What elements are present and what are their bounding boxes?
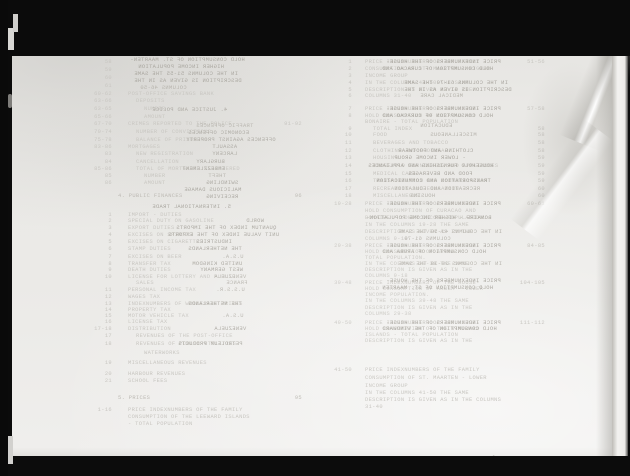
bleedthrough-line: RECEIVING (206, 194, 238, 200)
page-number: 58 (503, 132, 545, 138)
column-number: 75-78 (70, 137, 112, 143)
column-number: 3 (316, 73, 352, 79)
bleedthrough-line: HOLD CONSUMPTION OF THE WINDWARD (382, 326, 497, 332)
entry-text: IN THE COLUMNS 39-48 THE SAME (365, 298, 469, 304)
entry-text: DISTRIBUTION (128, 326, 171, 332)
column-number: 59 (70, 67, 112, 73)
bleedthrough-line: PRICE INDEXNUMBERS OF THE HOUSE- (386, 201, 501, 207)
bleedthrough-line: EDUCATION (420, 123, 452, 129)
entry-text: MORTGAGES (128, 144, 160, 150)
entry-text: SALES (136, 280, 154, 286)
page-number: 51-56 (503, 59, 545, 65)
page-number: 95 (272, 395, 302, 401)
bleedthrough-line: LARCENY (212, 151, 237, 157)
column-number: 41-50 (316, 367, 352, 373)
bleedthrough-line: MEDICAL CARE (420, 93, 463, 99)
entry-text: COLUMNS 31-40 (365, 93, 412, 99)
column-number: 14 (316, 163, 352, 169)
column-number: 1 (316, 59, 352, 65)
bleedthrough-line: - LOWER INCOME GROUP (394, 155, 466, 161)
bleedthrough-line: WORLD (246, 218, 264, 224)
bleedthrough-line: UNIT VALUE INDEX OF THE EXPORTS (168, 232, 279, 238)
entry-text: NEW REGISTRATION (136, 151, 193, 157)
bleedthrough-line: THE NETHERLANDS (188, 246, 242, 252)
column-number: 1-16 (70, 407, 112, 413)
column-number: 13 (316, 155, 352, 161)
entry-text: NUMBER (144, 173, 166, 179)
page-number: 59 (503, 171, 545, 177)
entry-text: MISCELLANEOUS REVENUES (128, 360, 207, 366)
column-number: 10 (70, 274, 112, 280)
column-number: 5 (70, 239, 112, 245)
column-number: 6 (70, 246, 112, 252)
column-number: 70-74 (70, 129, 112, 135)
entry-text: EXCISES ON BEER (128, 254, 182, 260)
column-number: 2 (316, 66, 352, 72)
entry-text: AMOUNT (144, 114, 166, 120)
column-number: 49-50 (316, 320, 352, 326)
column-number: 17-18 (70, 326, 112, 332)
column-number: 9 (70, 267, 112, 273)
column-number: 6 (316, 93, 352, 99)
column-number: 67-70 (70, 121, 112, 127)
bleedthrough-line: QUANTUM INDEX OF THE IMPORTS (176, 225, 276, 231)
bleedthrough-line: PRICE INDEXNUMBERS OF THE HOUSE- (386, 278, 501, 284)
underlying-page-edge (612, 24, 628, 468)
entry-text: 31-40 (365, 404, 383, 410)
bleedthrough-line: IN THE COLUMNS 61-70 THE SAME (404, 80, 508, 86)
entry-text: PERSONAL INCOME TAX (128, 287, 196, 293)
column-number: 63-65 (70, 106, 112, 112)
entry-text: DESCRIPTION IS GIVEN AS IN THE (365, 338, 473, 344)
bleedthrough-line: OFFENCES AGAINST PROPERTY (186, 137, 276, 143)
page-number: 59 (503, 178, 545, 184)
entry-text: CONSUMPTION OF ST. MAARTEN - LOWER (365, 375, 487, 381)
column-number: 11 (70, 287, 112, 293)
column-number: 3 (70, 225, 112, 231)
entry-text: HARBOUR REVENUES (128, 371, 185, 377)
column-number: 18 (70, 341, 112, 347)
column-number: 63-66 (70, 98, 112, 104)
scanner-black-top-edge (0, 0, 630, 56)
column-number: 7 (316, 106, 352, 112)
entry-text: REVENUES OF THE POST-OFFICE (136, 333, 233, 339)
column-number: 15 (316, 171, 352, 177)
entry-text: INCOME GROUP (365, 73, 408, 79)
scanned-document: 54-575859606160-62POST-OFFICE SAVINGS BA… (0, 0, 630, 476)
entry-text: COLUMNS 29-38 (365, 311, 412, 317)
page-number: 111-112 (503, 320, 545, 326)
entry-text: BEVERAGES AND TOBACCO (373, 140, 448, 146)
bleedthrough-line: 5. INTERNATIONAL TRADE (152, 204, 231, 210)
page-number: 58 (503, 148, 545, 154)
bleedthrough-line: HOUSEHOLD FURNISHING AND APPLIANCES (368, 163, 493, 169)
entry-text: CANCELLATION (136, 159, 179, 165)
bleedthrough-line: DESCRIPTION IS GIVEN AS IN THE (134, 78, 242, 84)
entry-text: IN THE COLUMNS 41-50 THE SAME (365, 390, 469, 396)
entry-text: POST-OFFICE SAVINGS BANK (128, 91, 214, 97)
bleedthrough-line: ECONOMIC OFFENCES (188, 130, 249, 136)
bleedthrough-line: TRANSPORTATION AND COMMUNICATION (376, 178, 491, 184)
entry-text: CONSUMPTION OF THE LEEWARD ISLANDS (128, 414, 250, 420)
bleedthrough-line: HOLD CONSUMPTION OF CURACAO AND (382, 113, 493, 119)
bleedthrough-line: THE NETHERLANDS (188, 301, 242, 307)
column-number: 19 (70, 360, 112, 366)
entry-text: EXPORT DUTIES (128, 225, 175, 231)
bleedthrough-line: MISCELLANEOUS (430, 132, 477, 138)
column-number: 10 (316, 132, 352, 138)
page-number: 84-85 (503, 243, 545, 249)
page-number: 60 (503, 193, 545, 199)
bleedthrough-line: IN THE COLUMNS 41-50 THE SAME (398, 229, 502, 235)
column-number: 39-48 (316, 280, 352, 286)
column-number: 18 (316, 193, 352, 199)
column-number: 29-38 (316, 243, 352, 249)
column-number: 58 (70, 59, 112, 65)
stacked-page-step (13, 14, 18, 32)
scanner-black-left-edge (0, 0, 8, 476)
scanner-black-bottom-edge (0, 456, 630, 476)
page-number: 59 (503, 155, 545, 161)
entry-text: WAGES TAX (128, 294, 160, 300)
page-number: 60-61 (503, 201, 545, 207)
bleedthrough-line: HOUSING (410, 193, 435, 199)
binding-notch (8, 94, 12, 108)
column-number: 85 (70, 173, 112, 179)
column-number: 86 (70, 180, 112, 186)
entry-text: INCOME GROUP (365, 383, 408, 389)
bleedthrough-line: HOLD CONSUMPTION OF ST. MAARTEN- (130, 57, 245, 63)
column-number: 11 (316, 140, 352, 146)
column-number: 21 (70, 378, 112, 384)
column-number: 60 (70, 75, 112, 81)
column-number: 8 (316, 113, 352, 119)
column-number: 7 (70, 254, 112, 260)
entry-text: COLUMNS 9-18 (365, 236, 408, 242)
column-number: 2 (70, 218, 112, 224)
bleedthrough-line: HOLD CONSUMPTION OF ARUBA AND (382, 249, 486, 255)
bleedthrough-line: U.S.S.R. (216, 287, 245, 293)
column-number: 65-66 (70, 114, 112, 120)
bleedthrough-line: HOLD CONSUMPTION OF ST. MAARTEN (382, 285, 493, 291)
bleedthrough-line: COLUMNS 46-50 (140, 85, 187, 91)
page-number: 57-58 (503, 106, 545, 112)
entry-text: LICENSE TAX (128, 319, 167, 325)
bleedthrough-line: 4. JUSTICE AND POLICE (152, 107, 227, 113)
column-number: 16 (70, 319, 112, 325)
column-number: 12 (316, 148, 352, 154)
bleedthrough-line: IN THE COLUMNS 29-38 THE SAME (398, 261, 502, 267)
entry-text: PRICE INDEXNUMBERS OF THE FAMILY (128, 407, 243, 413)
page-number: 91-92 (272, 121, 302, 127)
column-number: 83 (70, 151, 112, 157)
column-number: 4 (70, 232, 112, 238)
column-number: 83-86 (70, 144, 112, 150)
entry-text: SPECIAL DUTY ON GASOLINE (128, 218, 214, 224)
bleedthrough-line: WEST GERMANY (200, 267, 243, 273)
entry-text: EXCISES ON CIGARETTES (128, 239, 203, 245)
bleedthrough-line: PRICE INDEXNUMBERS OF THE HOUSE- (386, 106, 501, 112)
entry-text: DEATH DUTIES (128, 267, 171, 273)
bleedthrough-line: SWINDLING (206, 180, 238, 186)
column-number: 20 (70, 371, 112, 377)
entry-text: WATERWORKS (144, 350, 180, 356)
bleedthrough-line: HIGHER INCOME POPULATION (138, 64, 224, 70)
entry-text: STAMP DUTIES (128, 246, 171, 252)
bleedthrough-line: BONAIRE - HIGHER INCOME POPULATION- (366, 215, 491, 221)
bleedthrough-line: FOOD AND BEVERAGES (408, 171, 473, 177)
entry-text: AMOUNT (144, 180, 166, 186)
entry-text: - TOTAL POPULATION (128, 421, 193, 427)
bleedthrough-line: RECREATION AND EDUCATION (394, 186, 480, 192)
column-number: 17 (316, 186, 352, 192)
column-number: 60-62 (70, 91, 112, 97)
entry-text: FOOD (373, 132, 387, 138)
bleedthrough-line: ASSAULT (212, 144, 237, 150)
column-number: 4 (316, 80, 352, 86)
bleedthrough-line: EMBEZZLEMENT (182, 166, 225, 172)
column-number: 19-28 (316, 201, 352, 207)
page-number: 104-105 (503, 280, 545, 286)
entry-text: SCHOOL FEES (128, 378, 167, 384)
bleedthrough-line: THEFT (208, 173, 226, 179)
bleedthrough-line: HOLD CONSUMPTION OF CURACAO AND (382, 66, 493, 72)
page-number: 58 (503, 140, 545, 146)
column-number: 85-86 (70, 166, 112, 172)
column-number: 12 (70, 294, 112, 300)
entry-text: HOLD CONSUMPTION OF CURACAO AND (365, 208, 476, 214)
page-number: 60 (503, 186, 545, 192)
bleedthrough-line: TRAFFIC OFFENCES (196, 123, 253, 129)
bleedthrough-line: U.S.A. (222, 313, 244, 319)
bleedthrough-line: IN THE COLUMNS 51-55 THE SAME (134, 71, 238, 77)
entry-text: 4. PUBLIC FINANCES (118, 193, 183, 199)
bleedthrough-line: U.S.A. (222, 254, 244, 260)
bleedthrough-line: CLOTHING AND FOOTWEAR (398, 148, 473, 154)
bleedthrough-line: COLUMNS 61-70 (404, 236, 451, 242)
entry-text: PRICE INDEXNUMBERS OF THE FAMILY (365, 367, 480, 373)
column-number: 16 (316, 178, 352, 184)
entry-text: DEPOSITS (136, 98, 165, 104)
entry-text: DESCRIPTION IS GIVEN AS IN THE COLUMNS (365, 397, 501, 403)
bleedthrough-line: INDUSTRIES (196, 239, 232, 245)
entry-text: 5. PRICES (118, 395, 150, 401)
bleedthrough-line: PETROLEUM PRODUCTS (178, 341, 243, 347)
stacked-page-step (8, 436, 13, 464)
page-number: 96 (272, 193, 302, 199)
bleedthrough-line: MALICIOUS DAMAGE (184, 187, 241, 193)
column-number: 61 (70, 83, 112, 89)
page-number: 59 (503, 163, 545, 169)
bleedthrough-line: PRICE INDEXNUMBERS OF THE HOUSE- (386, 59, 501, 65)
column-number: 17 (70, 333, 112, 339)
column-number: 84 (70, 159, 112, 165)
bleedthrough-line: FRANCE (226, 280, 248, 286)
bleedthrough-line: VENEZUELA (214, 326, 246, 332)
entry-text: IN THE COLUMNS 19-28 THE SAME (365, 222, 469, 228)
bleedthrough-line: BURGLARY (196, 159, 225, 165)
